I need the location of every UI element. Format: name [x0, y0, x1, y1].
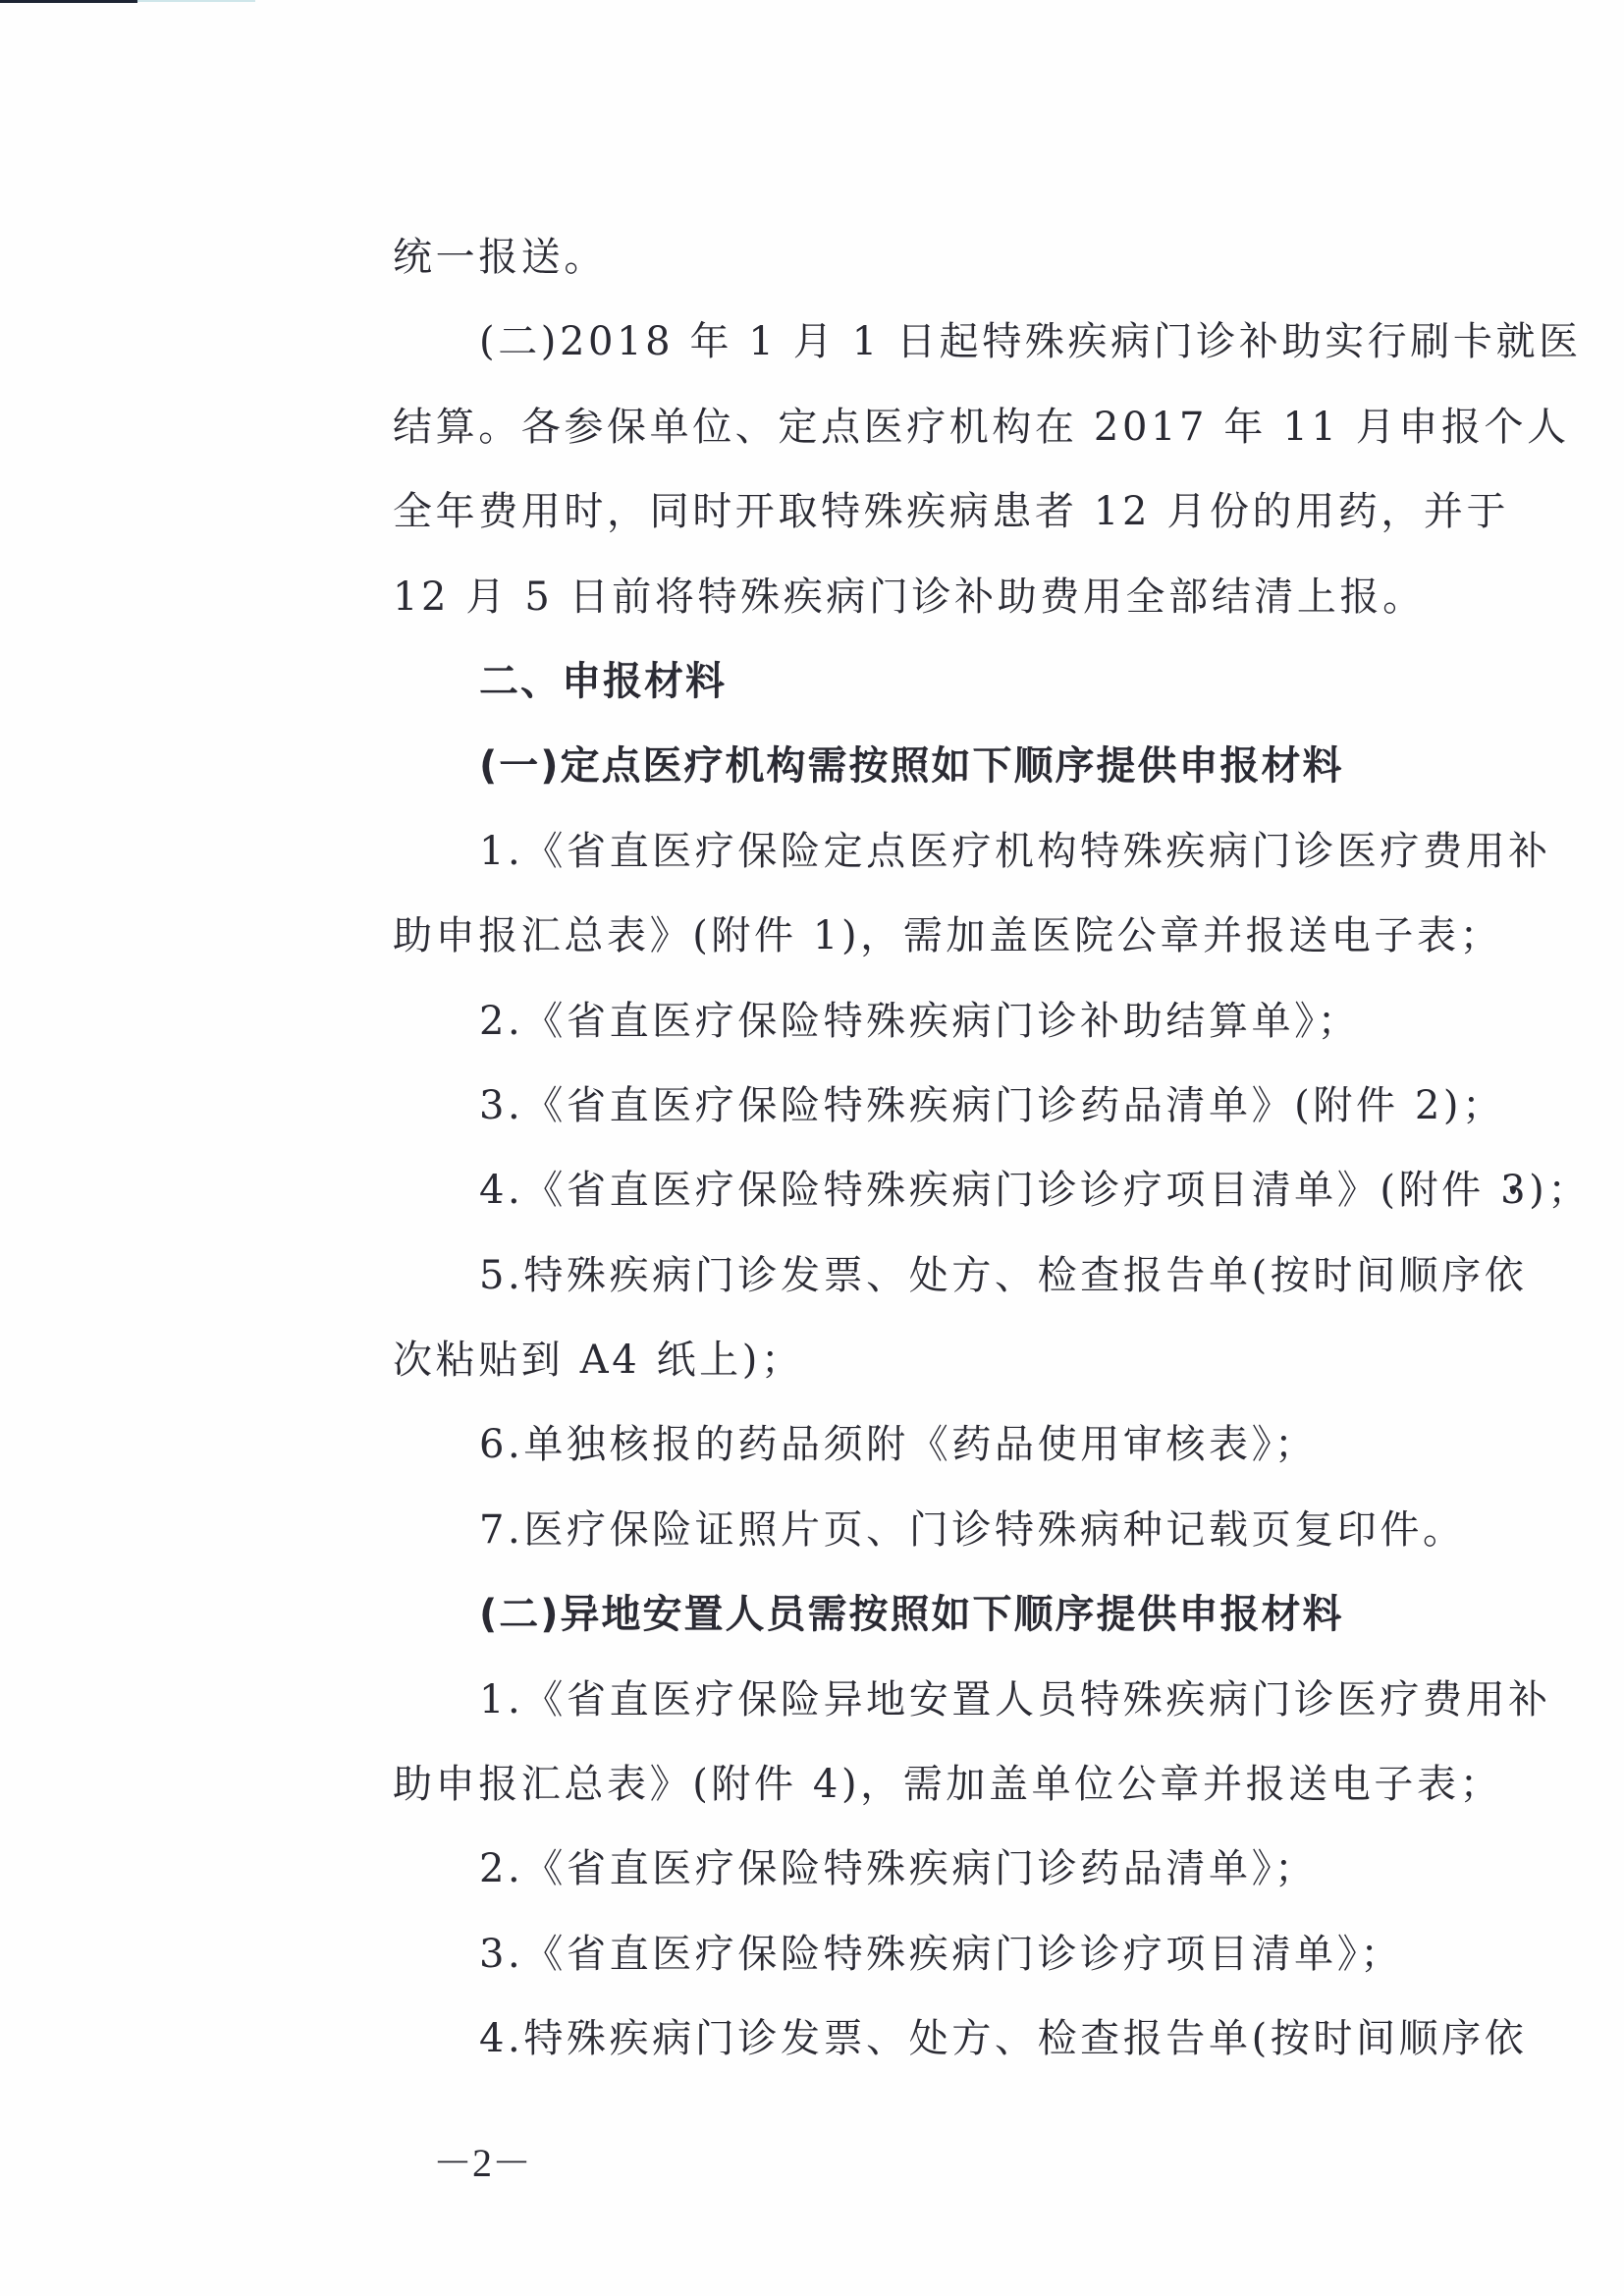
- list-item: 3.《省直医疗保险特殊疾病门诊诊疗项目清单》；: [393, 1912, 1522, 1996]
- list-item-continuation: 助申报汇总表》(附件 1)，需加盖医院公章并报送电子表；: [393, 894, 1522, 978]
- list-item: 4.《省直医疗保险特殊疾病门诊诊疗项目清单》(附件 3)；: [393, 1148, 1522, 1232]
- list-item: 1.《省直医疗保险定点医疗机构特殊疾病门诊医疗费用补: [393, 809, 1522, 894]
- text-line: 12 月 5 日前将特殊疾病门诊补助费用全部结清上报。: [393, 555, 1522, 639]
- list-item-continuation: 次粘贴到 A4 纸上)；: [393, 1318, 1522, 1402]
- list-item: 4.特殊疾病门诊发票、处方、检查报告单(按时间顺序依: [393, 1996, 1522, 2081]
- list-item: 2.《省直医疗保险特殊疾病门诊药品清单》；: [393, 1827, 1522, 1911]
- text-line: (二)2018 年 1 月 1 日起特殊疾病门诊补助实行刷卡就医: [393, 300, 1522, 384]
- scan-edge-artifact-light: [137, 0, 255, 2]
- text-line: 统一报送。: [393, 215, 1522, 300]
- document-body: 统一报送。 (二)2018 年 1 月 1 日起特殊疾病门诊补助实行刷卡就医 结…: [393, 215, 1522, 2082]
- list-item: 7.医疗保险证照片页、门诊特殊病种记载页复印件。: [393, 1488, 1522, 1572]
- list-item: 5.特殊疾病门诊发票、处方、检查报告单(按时间顺序依: [393, 1233, 1522, 1318]
- text-line: 结算。各参保单位、定点医疗机构在 2017 年 11 月申报个人: [393, 385, 1522, 469]
- page-number: －2－: [428, 2141, 536, 2186]
- text-line: 全年费用时，同时开取特殊疾病患者 12 月份的用药，并于: [393, 469, 1522, 554]
- subsection-heading: (二)异地安置人员需按照如下顺序提供申报材料: [393, 1572, 1522, 1657]
- subsection-heading: (一)定点医疗机构需按照如下顺序提供申报材料: [393, 724, 1522, 808]
- list-item: 3.《省直医疗保险特殊疾病门诊药品清单》(附件 2)；: [393, 1064, 1522, 1148]
- list-item: 6.单独核报的药品须附《药品使用审核表》；: [393, 1402, 1522, 1487]
- ink-speck: [1510, 1185, 1516, 1194]
- list-item: 2.《省直医疗保险特殊疾病门诊补助结算单》；: [393, 979, 1522, 1064]
- section-heading: 二、申报材料: [393, 639, 1522, 724]
- list-item-continuation: 助申报汇总表》(附件 4)，需加盖单位公章并报送电子表；: [393, 1742, 1522, 1827]
- scan-edge-artifact: [0, 0, 137, 3]
- list-item: 1.《省直医疗保险异地安置人员特殊疾病门诊医疗费用补: [393, 1658, 1522, 1742]
